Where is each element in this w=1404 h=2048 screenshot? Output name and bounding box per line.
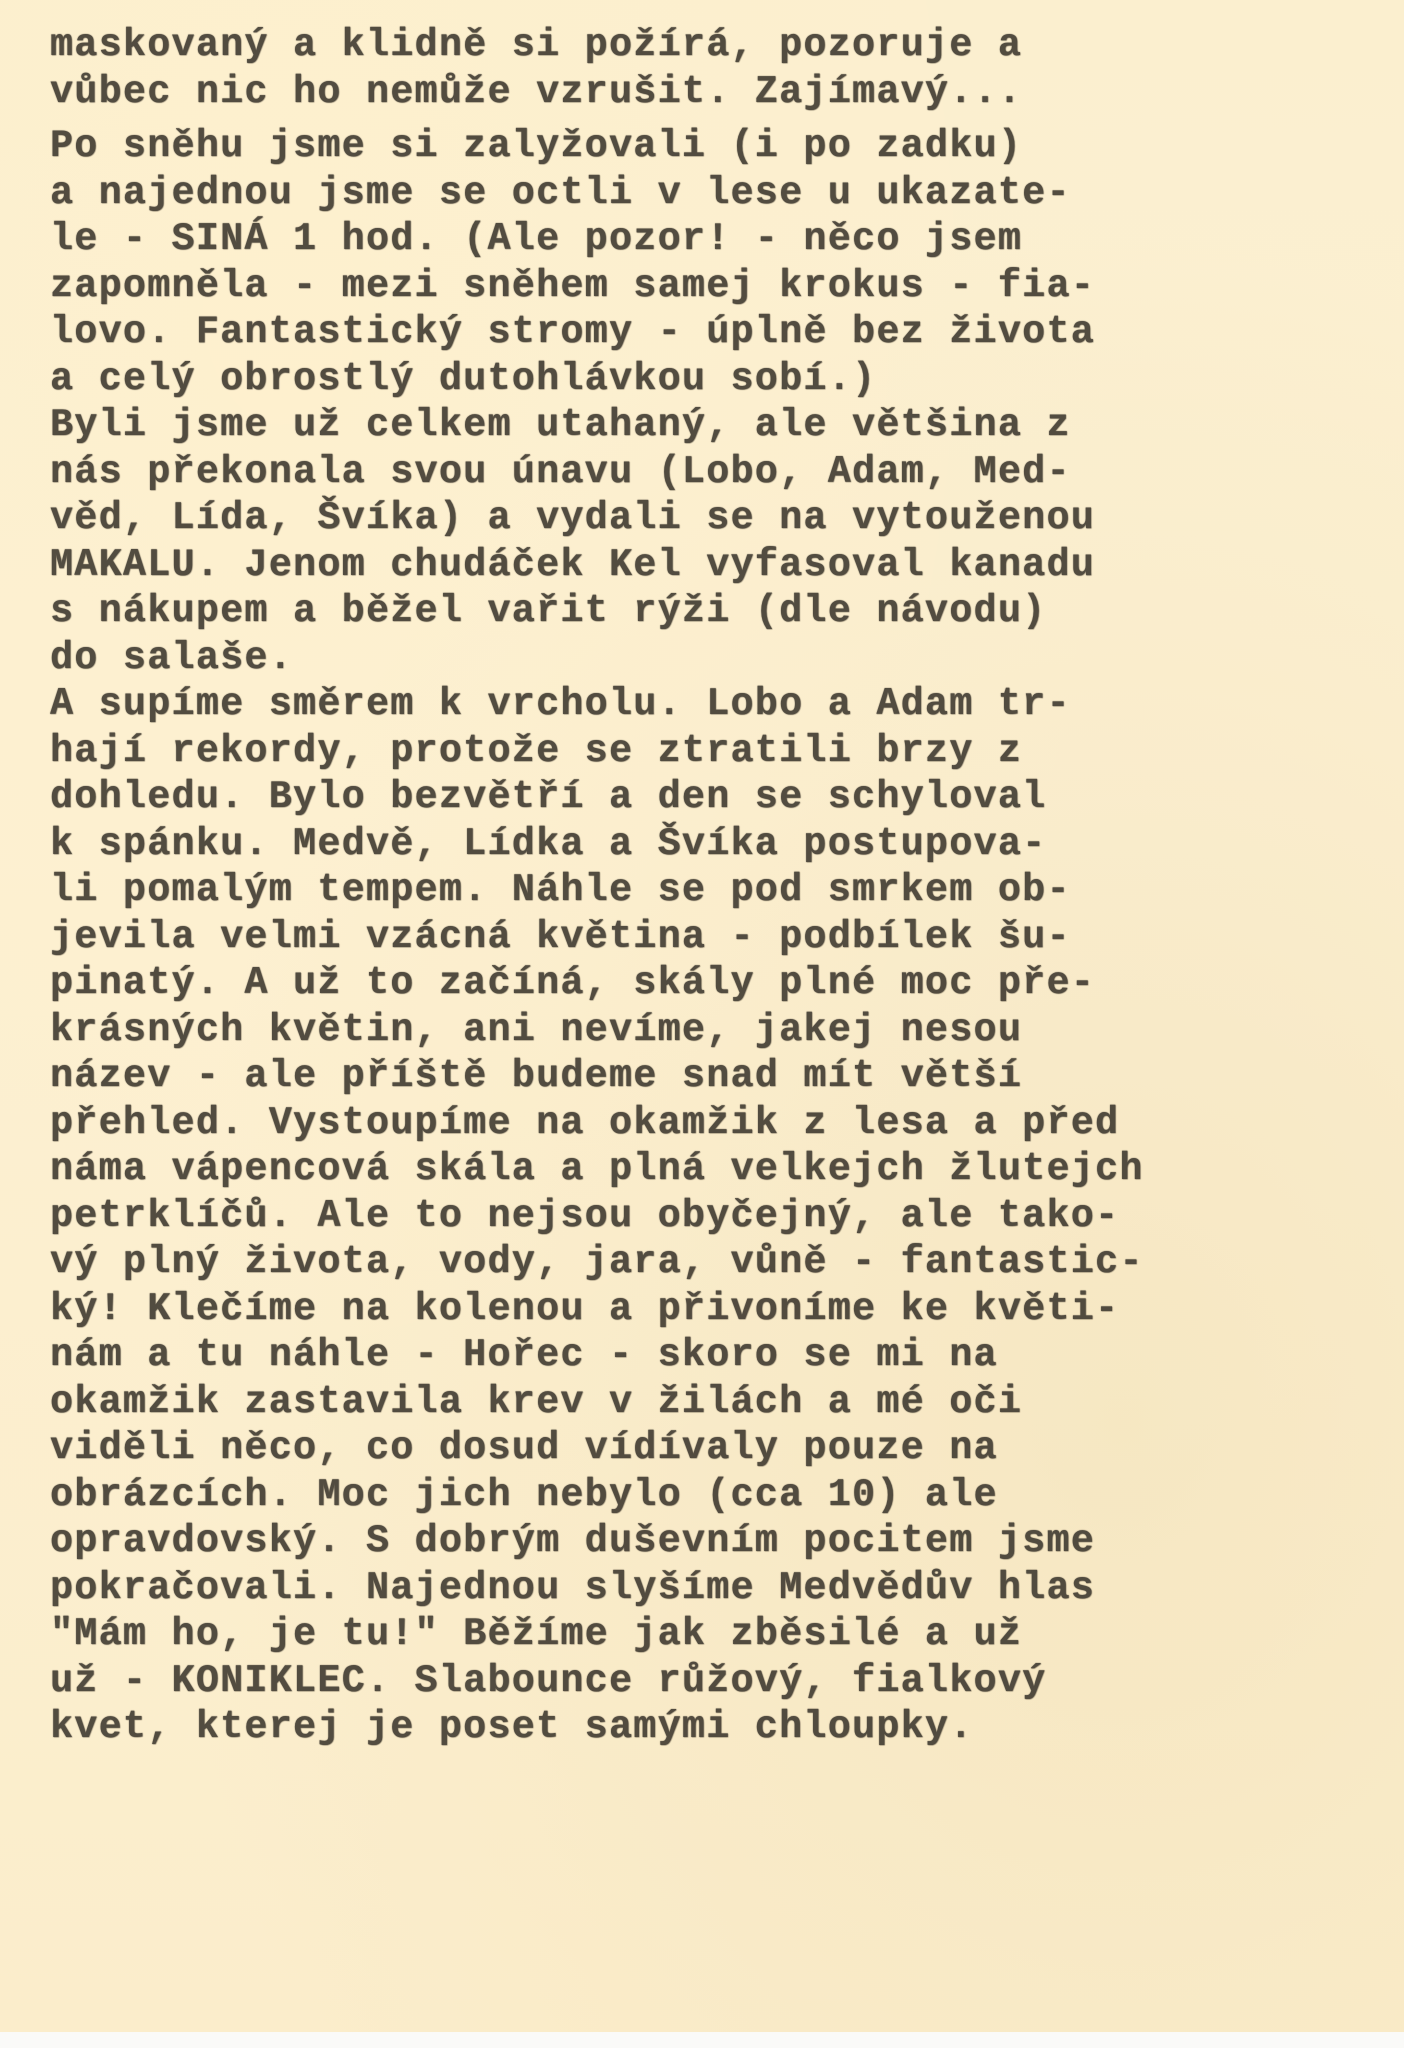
paragraph-gap (50, 115, 1390, 123)
text-line: okamžik zastavila krev v žilách a mé oči (50, 1379, 1390, 1426)
text-line: lovo. Fantastický stromy - úplně bez živ… (50, 309, 1390, 356)
paper-sheet: maskovaný a klidně si požírá, pozoruje a… (0, 0, 1404, 2032)
text-line: obrázcích. Moc jich nebylo (cca 10) ale (50, 1472, 1390, 1519)
text-line: le - SINÁ 1 hod. (Ale pozor! - něco jsem (50, 216, 1390, 263)
text-line: viděli něco, co dosud vídívaly pouze na (50, 1425, 1390, 1472)
text-line: petrklíčů. Ale to nejsou obyčejný, ale t… (50, 1193, 1390, 1240)
scan-bottom-edge (0, 2032, 1404, 2048)
text-line: zapomněla - mezi sněhem samej krokus - f… (50, 263, 1390, 310)
text-line: přehled. Vystoupíme na okamžik z lesa a … (50, 1100, 1390, 1147)
text-line: k spánku. Medvě, Lídka a Švíka postupova… (50, 821, 1390, 868)
text-line: nám a tu náhle - Hořec - skoro se mi na (50, 1332, 1390, 1379)
text-line: název - ale příště budeme snad mít větší (50, 1053, 1390, 1100)
text-line: věd, Lída, Švíka) a vydali se na vytouže… (50, 495, 1390, 542)
text-line: Po sněhu jsme si zalyžovali (i po zadku) (50, 123, 1390, 170)
typewritten-text: maskovaný a klidně si požírá, pozoruje a… (50, 22, 1390, 1751)
text-line: nás překonala svou únavu (Lobo, Adam, Me… (50, 449, 1390, 496)
text-line: vůbec nic ho nemůže vzrušit. Zajímavý... (50, 69, 1390, 116)
text-line: do salaše. (50, 635, 1390, 682)
text-line: už - KONIKLEC. Slabounce růžový, fialkov… (50, 1658, 1390, 1705)
text-line: náma vápencová skála a plná velkejch žlu… (50, 1146, 1390, 1193)
text-line: "Mám ho, je tu!" Běžíme jak zběsilé a už (50, 1611, 1390, 1658)
text-line: pinatý. A už to začíná, skály plné moc p… (50, 960, 1390, 1007)
text-line: a celý obrostlý dutohlávkou sobí.) (50, 356, 1390, 403)
text-line: maskovaný a klidně si požírá, pozoruje a (50, 22, 1390, 69)
text-line: Byli jsme už celkem utahaný, ale většina… (50, 402, 1390, 449)
text-line: a najednou jsme se octli v lese u ukazat… (50, 170, 1390, 217)
text-line: jevila velmi vzácná květina - podbílek š… (50, 914, 1390, 961)
text-line: opravdovský. S dobrým duševním pocitem j… (50, 1518, 1390, 1565)
text-line: krásných květin, ani nevíme, jakej nesou (50, 1007, 1390, 1054)
text-line: li pomalým tempem. Náhle se pod smrkem o… (50, 867, 1390, 914)
text-line: dohledu. Bylo bezvětří a den se schylova… (50, 774, 1390, 821)
text-line: kvet, kterej je poset samými chloupky. (50, 1704, 1390, 1751)
text-line: ký! Klečíme na kolenou a přivoníme ke kv… (50, 1286, 1390, 1333)
text-line: pokračovali. Najednou slyšíme Medvědův h… (50, 1565, 1390, 1612)
text-line: vý plný života, vody, jara, vůně - fanta… (50, 1239, 1390, 1286)
text-line: MAKALU. Jenom chudáček Kel vyfasoval kan… (50, 542, 1390, 589)
text-line: s nákupem a běžel vařit rýži (dle návodu… (50, 588, 1390, 635)
text-line: hají rekordy, protože se ztratili brzy z (50, 728, 1390, 775)
text-line: A supíme směrem k vrcholu. Lobo a Adam t… (50, 681, 1390, 728)
